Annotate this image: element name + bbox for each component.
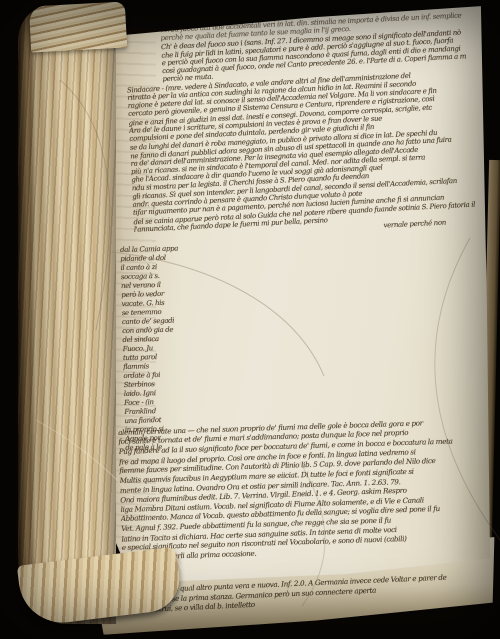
left-column-block: dal la Camia appapidande al dolil canto … <box>120 244 205 453</box>
page-edge-top-crinkle <box>29 2 127 53</box>
bottom-text-block: alemán, cervate una — che nel suon propr… <box>118 417 486 562</box>
top-text-block: verba fuoco attl ade accidentali veri in… <box>124 11 492 242</box>
page-edge-stack <box>18 8 116 624</box>
photo-frame: Proprio amiVoltare compli em il qual alt… <box>0 0 500 639</box>
manuscript-page: verba fuoco attl ade accidentali veri in… <box>96 2 492 590</box>
